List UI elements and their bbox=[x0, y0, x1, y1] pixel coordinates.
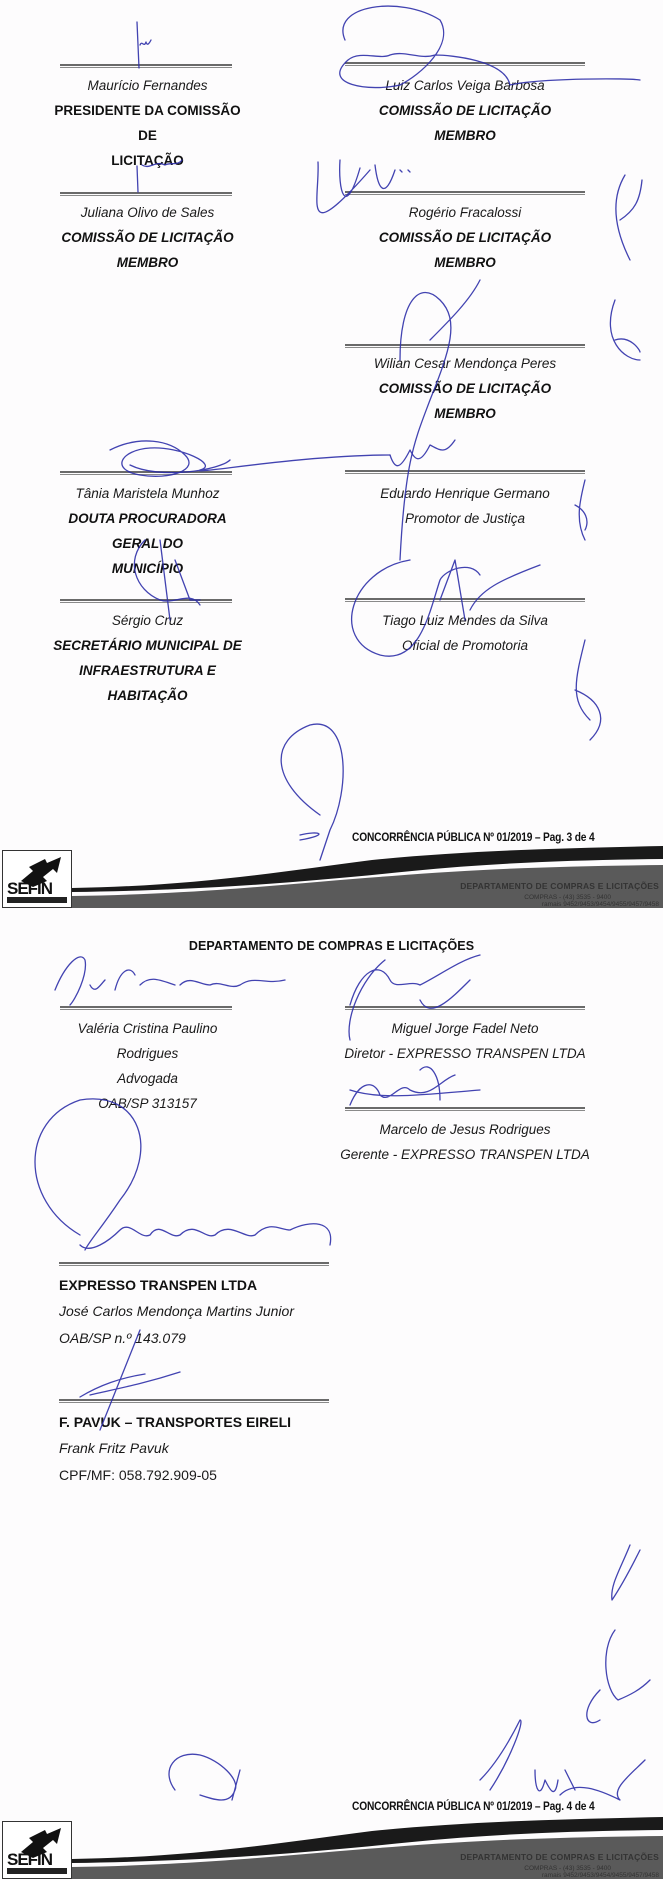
signatory-luiz-carlos-veiga-barbosa: Luiz Carlos Veiga Barbosa COMISSÃO DE LI… bbox=[345, 73, 585, 148]
logo-bar bbox=[7, 1868, 67, 1874]
signatory-name: Juliana Olivo de Sales bbox=[50, 200, 245, 225]
signature-line bbox=[345, 1107, 585, 1111]
page-footer: CONCORRÊNCIA PÚBLICA Nº 01/2019 – Pag. 4… bbox=[0, 1809, 663, 1879]
signatory-role: LICITAÇÃO bbox=[50, 148, 245, 173]
signatory-role: Advogada bbox=[45, 1066, 250, 1091]
signatory-role: MEMBRO bbox=[50, 250, 245, 275]
signatory-role: COMISSÃO DE LICITAÇÃO bbox=[345, 98, 585, 123]
signatory-role: Oficial de Promotoria bbox=[345, 633, 585, 658]
signature-line bbox=[59, 1399, 329, 1403]
extensions: ramais 9452/9453/9454/9455/9457/9458 bbox=[542, 1872, 659, 1879]
signatory-miguel-jorge-fadel-neto: Miguel Jorge Fadel Neto Diretor - EXPRES… bbox=[335, 1016, 595, 1066]
extensions: ramais 9452/9453/9454/9455/9457/9458 bbox=[542, 901, 659, 908]
signatory-role: MEMBRO bbox=[345, 250, 585, 275]
signature-line bbox=[345, 470, 585, 474]
signature-line bbox=[60, 192, 232, 196]
signatory-marcelo-de-jesus-rodrigues: Marcelo de Jesus Rodrigues Gerente - EXP… bbox=[335, 1117, 595, 1167]
signatory-sergio-cruz: Sérgio Cruz SECRETÁRIO MUNICIPAL DE INFR… bbox=[50, 608, 245, 708]
signatory-name: Marcelo de Jesus Rodrigues bbox=[335, 1117, 595, 1142]
representative-name: Frank Fritz Pavuk bbox=[59, 1435, 359, 1462]
signatory-role: SECRETÁRIO MUNICIPAL DE bbox=[50, 633, 245, 658]
signatory-role: PRESIDENTE DA COMISSÃO DE bbox=[50, 98, 245, 148]
signatory-role: MEMBRO bbox=[345, 123, 585, 148]
signature-line bbox=[345, 1006, 585, 1010]
signatory-name: Rogério Fracalossi bbox=[345, 200, 585, 225]
sefin-logo: SEFIN bbox=[2, 1821, 72, 1879]
signatory-role: DOUTA PROCURADORA GERAL DO bbox=[50, 506, 245, 556]
signatory-valeria-cristina-paulino-rodrigues: Valéria Cristina Paulino Rodrigues Advog… bbox=[45, 1016, 250, 1116]
signatory-name: Miguel Jorge Fadel Neto bbox=[335, 1016, 595, 1041]
sefin-logo: SEFIN bbox=[2, 850, 72, 908]
signatory-name: Luiz Carlos Veiga Barbosa bbox=[345, 73, 585, 98]
department-name: DEPARTAMENTO DE COMPRAS E LICITAÇÕES bbox=[460, 881, 659, 891]
signatory-mauricio-fernandes: Maurício Fernandes PRESIDENTE DA COMISSÃ… bbox=[50, 73, 245, 173]
page-header: DEPARTAMENTO DE COMPRAS E LICITAÇÕES bbox=[0, 939, 663, 953]
signatory-name: Tânia Maristela Munhoz bbox=[50, 481, 245, 506]
signature-line bbox=[60, 599, 232, 603]
signatory-role: COMISSÃO DE LICITAÇÃO bbox=[345, 225, 585, 250]
department-name: DEPARTAMENTO DE COMPRAS E LICITAÇÕES bbox=[460, 1852, 659, 1862]
signature-line bbox=[59, 1262, 329, 1266]
phone: COMPRAS - (43) 3535 - 9400 bbox=[524, 894, 611, 901]
signatory-tiago-luiz-mendes-da-silva: Tiago Luiz Mendes da Silva Oficial de Pr… bbox=[345, 608, 585, 658]
page-footer: CONCORRÊNCIA PÚBLICA Nº 01/2019 – Pag. 3… bbox=[0, 838, 663, 908]
company-expresso-transpen: EXPRESSO TRANSPEN LTDA José Carlos Mendo… bbox=[59, 1273, 359, 1352]
company-f-pavuk: F. PAVUK – TRANSPORTES EIRELI Frank Frit… bbox=[59, 1410, 359, 1489]
signatory-role: COMISSÃO DE LICITAÇÃO bbox=[50, 225, 245, 250]
signatory-name: Maurício Fernandes bbox=[50, 73, 245, 98]
signature-line bbox=[345, 62, 585, 66]
logo-text: SEFIN bbox=[7, 879, 52, 899]
signature-line bbox=[345, 191, 585, 195]
signatory-role: MUNICÍPIO bbox=[50, 556, 245, 581]
signatory-name: Eduardo Henrique Germano bbox=[345, 481, 585, 506]
signatory-role: COMISSÃO DE LICITAÇÃO bbox=[345, 376, 585, 401]
signatory-role: INFRAESTRUTURA E HABITAÇÃO bbox=[50, 658, 245, 708]
signature-line bbox=[345, 344, 585, 348]
signatory-eduardo-henrique-germano: Eduardo Henrique Germano Promotor de Jus… bbox=[345, 481, 585, 531]
representative-name: José Carlos Mendonça Martins Junior bbox=[59, 1298, 359, 1325]
signatory-role: Gerente - EXPRESSO TRANSPEN LTDA bbox=[335, 1142, 595, 1167]
signatory-tania-maristela-munhoz: Tânia Maristela Munhoz DOUTA PROCURADORA… bbox=[50, 481, 245, 581]
signatory-document: OAB/SP 313157 bbox=[45, 1091, 250, 1116]
signatory-name: Valéria Cristina Paulino Rodrigues bbox=[45, 1016, 250, 1066]
phone: COMPRAS - (43) 3535 - 9400 bbox=[524, 1865, 611, 1872]
signatory-name: Sérgio Cruz bbox=[50, 608, 245, 633]
signatory-wilian-cesar-mendonca-peres: Wilian Cesar Mendonça Peres COMISSÃO DE … bbox=[345, 351, 585, 426]
signatory-role: MEMBRO bbox=[345, 401, 585, 426]
signatory-juliana-olivo-de-sales: Juliana Olivo de Sales COMISSÃO DE LICIT… bbox=[50, 200, 245, 275]
representative-document: OAB/SP n.º 143.079 bbox=[59, 1325, 359, 1352]
signatory-role: Diretor - EXPRESSO TRANSPEN LTDA bbox=[335, 1041, 595, 1066]
signatory-role: Promotor de Justiça bbox=[345, 506, 585, 531]
logo-text: SEFIN bbox=[7, 1850, 52, 1870]
signatory-name: Wilian Cesar Mendonça Peres bbox=[345, 351, 585, 376]
company-name: EXPRESSO TRANSPEN LTDA bbox=[59, 1273, 359, 1298]
signature-line bbox=[345, 598, 585, 602]
signature-line bbox=[60, 64, 232, 68]
company-name: F. PAVUK – TRANSPORTES EIRELI bbox=[59, 1410, 359, 1435]
logo-bar bbox=[7, 897, 67, 903]
signature-line bbox=[60, 1006, 232, 1010]
signatory-name: Tiago Luiz Mendes da Silva bbox=[345, 608, 585, 633]
representative-document: CPF/MF: 058.792.909-05 bbox=[59, 1462, 359, 1489]
signature-line bbox=[60, 471, 232, 475]
signatory-rogerio-fracalossi: Rogério Fracalossi COMISSÃO DE LICITAÇÃO… bbox=[345, 200, 585, 275]
